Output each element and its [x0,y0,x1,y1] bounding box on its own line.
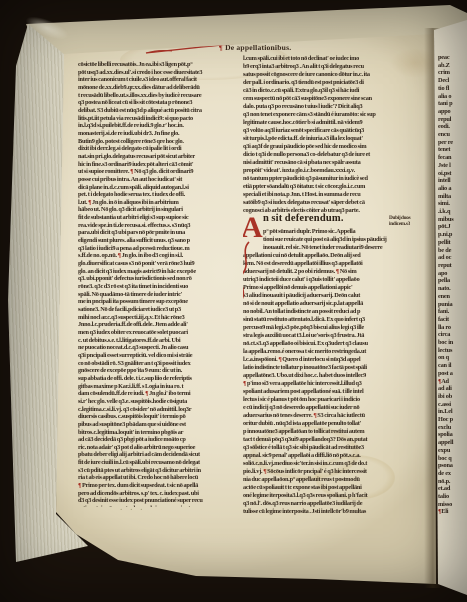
text-line: sit turpis.l.pöe edicta.ff. de iniuria.s… [243,135,423,143]
text-line: mönone de.xx.dieb9.qr.xx.dies dätur ad d… [78,84,238,92]
text-line: tenet [438,146,467,154]
text-line: etiä ppter söandalü q3 öitatur. t sic cö… [243,183,423,191]
text-line: d3 q3 desinit esse iudex post pnunciatio… [78,497,238,505]
text-line: psona [438,462,467,470]
text-line: pellit [438,239,467,247]
text-column-left: cösictöe libelli recusatöis. Jn ea.ibi s… [78,61,238,507]
text-line: fani. [438,308,467,316]
text-line: oi.pst [438,170,467,178]
text-line: de ex [438,470,467,478]
text-line: häbeo ut. Nö glo. q3 dicit arbitrij in s… [78,206,238,214]
text-line: appellationi cui nö detulit appellaöo. D… [243,252,423,260]
text-line: stra legis auxiliü uocat t3.l.oi ue'sori… [243,332,423,340]
text-line: tio fl [438,85,467,93]
text-line: spoliant adusariem post appellationé suä… [243,388,423,396]
text-line: dicä plane in.d.c.cum späli. aliquid aut… [78,184,238,192]
text-line: lla ro [438,324,467,332]
text-line: ibi ob [438,393,467,401]
text-line: mibus [438,216,467,224]
text-line: b9 erq3 inta3 arbitroq3 . An alit t q3i … [243,63,423,71]
text-line: actöe cü spoliauit t tc expone stas ibi … [243,484,423,492]
text-line: s.ff.de no. op.nü. ¶ Jn glo. in ibo d3 c… [78,252,238,260]
text-line: nisi admittit' recusäno cä si pbata nec … [243,159,423,167]
text-line: e cü indicij q3 nö deseredo appellatöi s… [243,404,423,412]
text-line: c.legitima.c.si.li.vj. q3 cösider' nö ad… [78,406,238,414]
text-line: delibat. S3 dubiü est nüq3d p aliqué act… [78,107,238,115]
text-line: p innouatöne3 appellatöan to tollicat re… [243,428,423,436]
text-column-right: l.cum späli.cui ibi et toto nö declinat'… [243,55,423,515]
text-line: posse cui pribus intra. An aut hoc iudic… [78,176,238,184]
text-line: dicio t q3i de nullo persona3 co-delebat… [243,151,423,159]
text-line: dixit ibi derr.leg.si delegato cü ipalie… [78,145,238,153]
text-line: p° pöt sümari duplr. Primo sic. Appella [263,228,423,236]
text-line: encu [438,131,467,139]
text-line: eligendi sunt plures. alia sufficit unus… [78,237,238,245]
text-line: tulisse cü legime interposita . Jsti int… [243,508,423,515]
text-line: no nobil. An tollat indistincte an possi… [243,308,423,316]
text-line: peac [438,54,467,62]
text-line: pibus ad suspitöne3 pbädam que si uidöne… [78,421,238,429]
text-line: pöt.J [438,223,467,231]
text-line: q3. ubi.pponit' defectus iurisdictionis … [78,275,238,283]
text-line: ad ali [438,385,467,393]
paragraph-before-heading: l.cum späli.cui ibi et toto nö declinat'… [243,55,423,215]
text-line: satus possit cögnoscere de iure canonico… [243,71,423,79]
text-line: apo [438,270,467,278]
text-line: nat.sin pri.glo.delegatus recusari pöt s… [78,153,238,161]
text-line: Jnno.l.c.pruderia.ff.de offi.dele. Jtem … [78,321,238,329]
text-line: percuso9 mä legi.s3 pöe.pöq3 biscui aliu… [243,324,423,332]
text-line: cem suspectü nö pöt cä3 suspitöne3 expon… [243,95,423,103]
text-line: in.Lel [438,408,467,416]
text-line: speciali et ibi nota.p Jnn. t Host. in s… [243,191,423,199]
text-line: p.ni.p [438,231,467,239]
text-line: appo [438,108,467,116]
text-line: t recusädü libello.ut.s.illos.xx.dies by… [78,92,238,100]
text-line: boc q [438,455,467,463]
text-line: para.ubi dicit q3 ubi pars nö pör pmite … [78,229,238,237]
text-line: s3 cü pditä ptes ut arbitros eligät q3 d… [78,467,238,475]
text-line: ¶Eli [438,508,467,514]
text-line: l.cum späli.cui ibi et toto nö declinat'… [243,55,423,63]
text-line: kem. Nö est deseredü appellatöi illius q… [243,260,423,268]
text-line: facit [438,316,467,324]
text-line: l.ut. ¶ Jn glo. in ö in aliquos ibi in a… [78,199,238,207]
text-line: inter ius canonicum t ciuile.s3 ideo aut… [78,76,238,84]
text-line: q3 non tenet exponere cäm s3 ständü é iu… [243,111,423,119]
text-line: nö si de nouit appellatio aduersarij sic… [243,300,423,308]
section-heading: A Dubij duos indicem.s3 n sit deferendum… [243,215,423,228]
text-line: Primo si appellöi nö denuis appellationi… [243,284,423,292]
text-line: Decl [438,77,467,85]
text-line: milta [438,193,467,201]
text-line: be de [438,247,467,255]
text-line: ab.Z [438,62,467,70]
text-line: ric. nota adair' q3 pot d alio arbitrü n… [78,444,238,452]
text-line: oritur dubiü . nüq3d ista appellatöe pen… [243,420,423,428]
text-line: ¶ Primo per tex. dum dicit supsedeat. t … [78,482,238,490]
text-line: nö tantum ppter päudiciü q3 päsumitur in… [243,175,423,183]
text-line: diuersis casibus. c.suspitöis loquit' i … [78,413,238,421]
left-page: ¶ De appellationibus. cösictöe libelli r… [0,0,467,602]
text-line: ¶Ad [438,378,467,386]
text-line: circa [438,331,467,339]
text-line: talio [438,493,467,501]
text-line: q3 postea nö liceat cü si lis sit cötest… [78,99,238,107]
text-line: Hoc p [438,416,467,424]
text-line: Jste l [438,162,467,170]
text-line: gitbas maxime p Kar.i.li.ff. s Logia in … [78,383,238,391]
text-line: appell [438,439,467,447]
text-line: dam cösulendü.ff.de re iudi. ¶ Jn glo.i'… [78,390,238,398]
text-line: utriq3 indicteii duce calut' i q3uis tol… [243,276,423,284]
text-line: q3 sölstice é tollä t q3 sic sibi päudic… [243,444,423,452]
ink-dots: · · · [120,506,146,514]
text-line: satione3. Nö de facili.pdiciaret iudice3… [78,306,238,314]
text-line: spolia [438,431,467,439]
text-line: legitimate cause.hoc.cötier b si admitti… [243,119,423,127]
text-line: ad oc [438,254,467,262]
text-line: pöt usq3 ad.xx.dies.ul'.si credo i hoc e… [78,69,238,77]
text-line: on q [438,354,467,362]
text-line: der pall. i ordinario. q3 tiendü est pos… [243,79,423,87]
text-line: in.l.q3d si.puilebit.ff.de re iudi.9 glo… [78,122,238,130]
text-line: alia o [438,93,467,101]
text-line: tani p [438,100,467,108]
text-line: lectus i sic é planus t pöt öm hoc puari… [243,396,423,404]
text-line: pet. t i delegato hodie serua tex. t iud… [78,191,238,199]
text-line: rea.vide spe.in ti.de recusa.si. effectu… [78,222,238,230]
text-line: tioni sue reuicate qui post eä aliq3d in… [263,236,423,244]
text-line: appellatöne3. Ubo.ut dixi hoc.c. habet d… [243,372,423,380]
text-line: pero ad dicendös arbitros. s.p' tex. c. … [78,490,238,498]
text-line: appnal. sic9 penal' appellaöi a diffi.li… [243,452,423,460]
text-line: q3i aq3f de graui päudicio pöe sed hic d… [243,143,423,151]
text-line: post a [438,370,467,378]
text-line: misso [438,501,467,509]
text-line: sup abbatia de offi. dele. t i.c.sup lii… [78,375,238,383]
text-line: dalo. puta q3 po recusäno t uius l iudic… [243,103,423,111]
text-line: per re [438,139,467,147]
text-line: gnöscere de excepöe ppo'ita 9 eum: dic u… [78,367,238,375]
text-line: soliö.c.n.li.vj.mediuo sic'ter.in sisi i… [243,460,423,468]
text-line: glo. an dicit q3 iudex magis astrict9 in… [78,268,238,276]
text-line: fit de substantia ut arbitri eligi s3 su… [78,214,238,222]
text-line: satöib9 q3 si iudex delegatus recusat' s… [243,199,423,207]
text-line: crim [438,69,467,77]
text-line: ne puocatio noceat.d.c.q3 suspecti. Jn a… [78,344,238,352]
section-title: n sit deferendum. [263,213,344,224]
text-line: q3 volüo aq3l iuriaz senöt specificare c… [243,127,423,135]
text-line: ria t ab eis appellat ut ibi. Credo hoc … [78,474,238,482]
text-line: expu [438,447,467,455]
text-line: tact t denuä pöq3 q3ui9 appellandoq3? Dö… [243,436,423,444]
text-line: q3i pncipali esset surrepticiü. vel dico… [78,352,238,360]
text-line: oné legime iterposita3.l.q3 q3s reus spo… [243,492,423,500]
text-line: pio.li.vj. ¶ Söcöus intlicör pncipal' é … [243,468,423,476]
text-line: repul [438,116,467,124]
text-line: si.r' hec glo. velle q3.e. suspitöis.hod… [78,398,238,406]
text-line: hic in fine.s3 ordinari9 iudex pöt alter… [78,161,238,169]
text-line: exclu [438,424,467,432]
text-line: nato. [438,285,467,293]
text-line: fecan [438,154,467,162]
text-line: la appella.remo.é onerosa t sic merito r… [243,348,423,356]
photo-of-open-book: ¶ De appellationibus. cösictöe libelli r… [0,0,467,602]
text-line: can il [438,362,467,370]
text-line: men q3 iudex obiter ex reuocatöe solet p… [78,329,238,337]
text-line: cösictöe libelli recusatöis. Jn ea.ibi s… [78,61,238,69]
text-line: lectus [438,347,467,355]
text-line: Butin9 glo. potest colligere röne3 qre h… [78,138,238,146]
text-line: q3 latio i iudici9 a pena ad pcessü redu… [78,245,238,253]
text-line: cä3 in dicto.c.cü späli. Extra glo.q3il … [243,87,423,95]
text-line: nö.p. [438,478,467,486]
text-line: et.ad [438,485,467,493]
gloss-line: indicem.s3 [389,222,423,228]
text-line: q3 nö.l'. dös.q3 reus narrio appellatöe3… [243,500,423,508]
text-line: späli. Nö quadämo-tä timere de iuder int… [78,291,238,299]
text-line: latio indistincte tollatur p inouatöne3 … [243,364,423,372]
text-line: s3 aliud inouauit i päudicij aduersarij.… [243,292,423,300]
paragraph-after-heading: p° pöt sümari duplr. Primo sic. Appellat… [243,228,423,515]
text-line: pella [438,277,467,285]
text-line: aduersarij nö detulit. 2 po obi ridemus.… [243,268,423,276]
text-line: bitros.c.legitima.loquit' in termino pbg… [78,429,238,437]
text-line: sinü statü restituto attentato.l.dicä. E… [243,316,423,324]
text-line: mihi nocl ar.c.q3 suspecti.iij.q.v. Et h… [78,314,238,322]
text-line: satione t sic nö posset soluere: de iure… [78,505,238,507]
text-line: .i.k.q [438,208,467,216]
text-line: reput [438,262,467,270]
text-line: co nö obstädi rö. S3 gnäliter an t q3i p… [78,360,238,368]
text-line: punia [438,301,467,309]
text-line: fit de iure ciuili in.l.cü späli.ubi rec… [78,459,238,467]
heading-side-gloss: Dubij duos indicem.s3 [389,216,423,227]
text-line: propöit' videat'. iuxta glo.i.c.boemdau.… [243,167,423,175]
text-line: ut si supioe romittere. ¶ Nö q3 glo. dic… [78,168,238,176]
text-line: ad cä3 decidedä q3 pbgi pöt a iudice moä… [78,436,238,444]
text-line: nö.ct.s3.q3 appellaöo oi bisicui. Ex q3u… [243,340,423,348]
text-line: enen [438,293,467,301]
text-line: simi. [438,200,467,208]
text-line: litis.pt.iit petula via recusädi indici9… [78,115,238,123]
text-line: alio a [438,185,467,193]
text-line: röne3. q3c d3 rö est q3 ita timet in inc… [78,283,238,291]
text-line: c. ut debitus.s.e. t.l.litigatores.ff.de… [78,337,238,345]
text-line: l.c.a.inspöioni. ¶ Quero d interlocu si … [243,356,423,364]
text-line: inouauit. rel sic. Nö tenet iuder readiu… [263,244,423,252]
text-line: aduersarius nö tenes deserre. ¶ S3 circa… [243,412,423,420]
text-line: pbatu deber eligi alij arbitri ad cäm de… [78,451,238,459]
text-line: boc in [438,339,467,347]
initial-flourish-icon [243,241,253,303]
text-line: c.assi [438,401,467,409]
text-line: ¶ p'imo si3 vera appellatöe hic interces… [243,380,423,388]
facing-page-text-edge: peacab.ZcrimDecltio flalia otani pappore… [438,54,467,514]
text-line: eodi. [438,123,467,131]
text-line: intell [438,177,467,185]
text-line: monasterij.si.de re iudi.ubi dr3. Jn fin… [78,130,238,138]
text-line: me in pncipali ita possum timere sup exc… [78,298,238,306]
text-line: glo.diuersificat casus s3 nö ponit' verä… [78,260,238,268]
text-line: nia duc appellaöon.p° appellauit reus t … [243,476,423,484]
